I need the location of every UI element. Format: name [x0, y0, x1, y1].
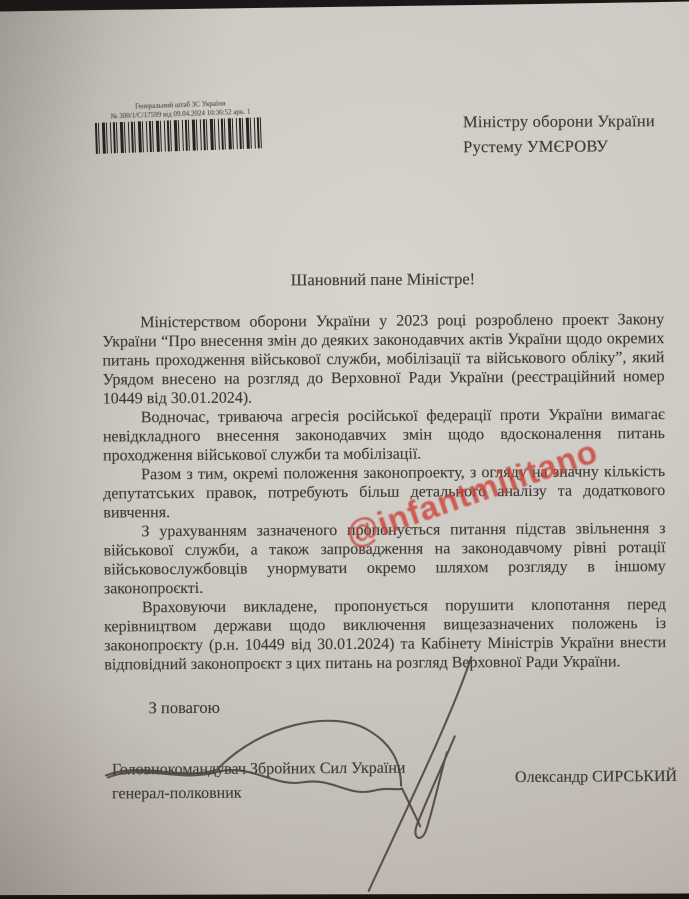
barcode: [95, 117, 264, 154]
signer-position-block: Головнокомандувач Збройних Сил України г…: [112, 756, 472, 806]
addressee-title: Міністру оборони України: [463, 108, 673, 134]
closing-phrase: З повагою: [149, 698, 220, 718]
salutation: Шановний пане Міністре!: [102, 268, 664, 291]
paragraph-1: Міністерством оборони України у 2023 роц…: [102, 310, 665, 408]
signer-name: Олександр СИРСЬКИЙ: [515, 768, 685, 787]
addressee-block: Міністру оборони України Рустему УМЄРОВУ: [463, 108, 673, 159]
registration-stamp: Генеральний штаб ЗС України № 300/1/С/17…: [92, 98, 270, 154]
signer-rank: генерал-полковник: [112, 780, 472, 806]
signer-position: Головнокомандувач Збройних Сил України: [112, 756, 472, 782]
paragraph-5: Враховуючи викладене, пропонується поруш…: [104, 595, 666, 674]
letter-body: Міністерством оборони України у 2023 роц…: [102, 310, 666, 674]
photographed-letter: Генеральний штаб ЗС України № 300/1/С/17…: [0, 0, 689, 899]
addressee-name: Рустему УМЄРОВУ: [463, 133, 673, 159]
